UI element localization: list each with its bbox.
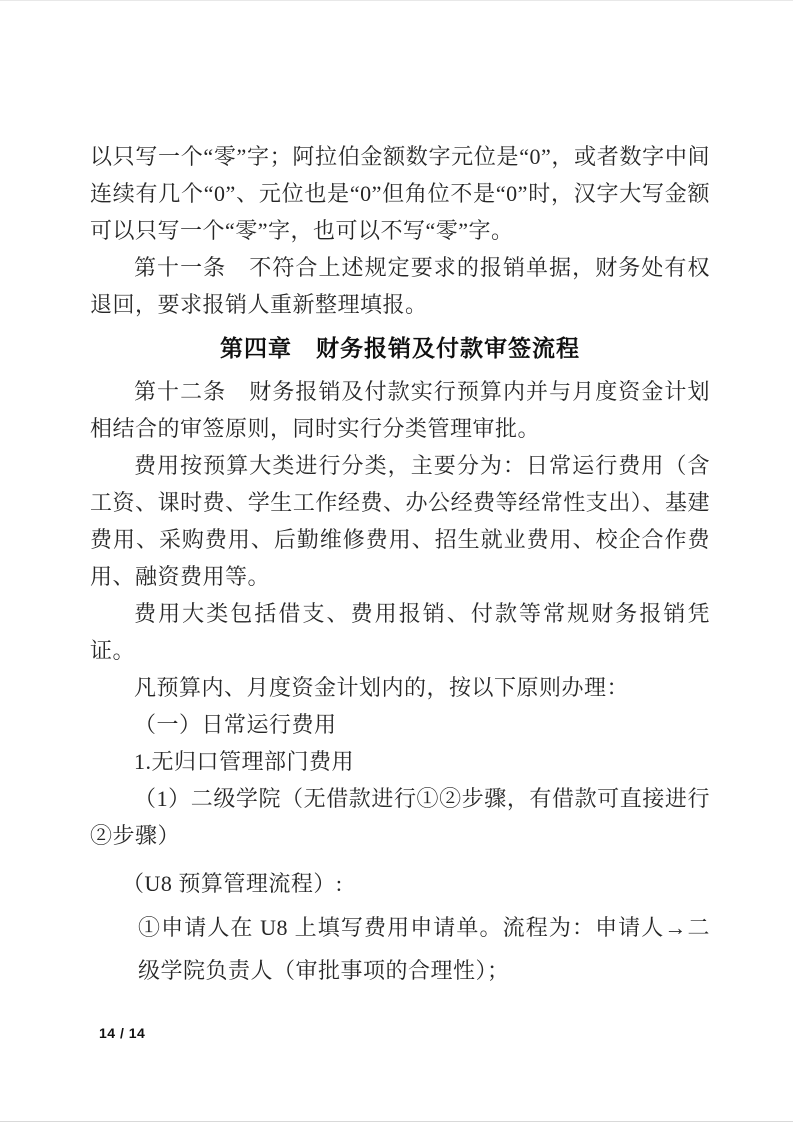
list-item-daily-operating-expenses: （一）日常运行费用	[90, 706, 710, 743]
paragraph-expense-types: 费用大类包括借支、费用报销、付款等常规财务报销凭证。	[90, 595, 710, 669]
step-1-paragraph: ①申请人在 U8 上填写费用申请单。流程为：申请人→二级学院负责人（审批事项的合…	[138, 906, 710, 992]
list-item-no-centralized-dept: 1.无归口管理部门费用	[90, 743, 710, 780]
list-item-secondary-college: （1）二级学院（无借款进行①②步骤，有借款可直接进行②步骤）	[90, 780, 710, 854]
document-body: 以只写一个“零”字；阿拉伯金额数字元位是“0”，或者数字中间连续有几个“0”、元…	[90, 138, 710, 992]
paragraph-expense-categories: 费用按预算大类进行分类，主要分为：日常运行费用（含工资、课时费、学生工作经费、办…	[90, 447, 710, 595]
u8-process-label: （U8 预算管理流程）:	[122, 862, 710, 906]
paragraph-article-12: 第十二条 财务报销及付款实行预算内并与月度资金计划相结合的审签原则，同时实行分类…	[90, 373, 710, 447]
paragraph-continuation: 以只写一个“零”字；阿拉伯金额数字元位是“0”，或者数字中间连续有几个“0”、元…	[90, 138, 710, 249]
document-page: 以只写一个“零”字；阿拉伯金额数字元位是“0”，或者数字中间连续有几个“0”、元…	[0, 0, 793, 1122]
chapter-heading: 第四章 财务报销及付款审签流程	[90, 333, 710, 363]
page-number: 14 / 14	[99, 1025, 145, 1041]
paragraph-article-11: 第十一条 不符合上述规定要求的报销单据，财务处有权退回，要求报销人重新整理填报。	[90, 249, 710, 323]
paragraph-budget-principle: 凡预算内、月度资金计划内的，按以下原则办理：	[90, 669, 710, 706]
